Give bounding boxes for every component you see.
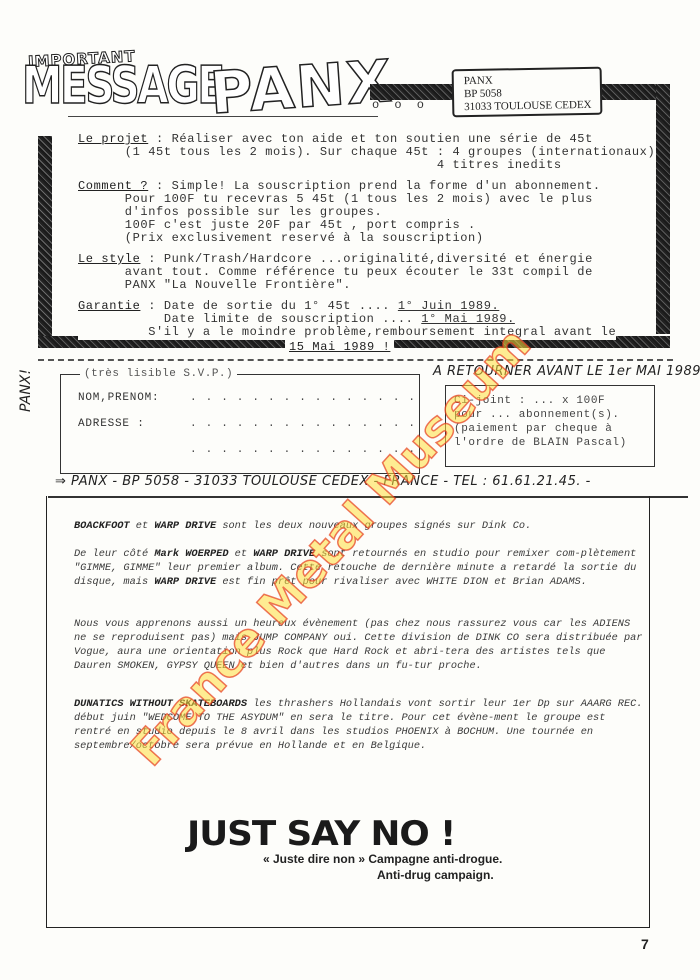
garantie-line-3: S'il y a le moindre problème,rembourseme… <box>78 326 616 340</box>
address-burst: PANX BP 5058 31033 TOULOUSE CEDEX <box>452 67 603 118</box>
news-paragraph-1: BOACKFOOT et WARP DRIVE sont les deux no… <box>74 519 644 533</box>
payment-box: Ci-joint : ... x 100Fpour ... abonnement… <box>445 385 655 467</box>
style-line-3: PANX "La Nouvelle Frontière". <box>78 279 351 293</box>
page-number: 7 <box>641 936 649 952</box>
frame-left-border <box>38 136 52 346</box>
comment-label: Comment ? <box>78 179 148 193</box>
name-field[interactable]: ............... <box>190 392 424 404</box>
panx-logo: PANX <box>208 52 395 123</box>
address-label: ADRESSE : <box>78 418 145 430</box>
name-label: NOM,PRENOM: <box>78 392 159 404</box>
projet-line-3: 4 titres inedits <box>78 159 562 173</box>
refund-date: 15 Mai 1989 ! <box>285 340 394 354</box>
panx-side-tag: PANX! <box>18 369 34 412</box>
ad-subtitle-en: Anti-drug campaign. <box>377 868 494 882</box>
just-say-no-headline: JUST SAY NO ! <box>187 814 455 854</box>
projet-label: Le projet <box>78 132 148 146</box>
return-deadline-note: A RETOURNER AVANT LE 1er MAI 1989 ! <box>433 364 700 379</box>
news-paragraph-2: De leur côté Mark WOERPED et WARP DRIVE … <box>74 547 644 589</box>
address-field[interactable]: ............... <box>190 418 424 430</box>
news-paragraph-4: DUNATICS WITHOUT SKATEBOARDS les thrashe… <box>74 697 644 753</box>
ad-subtitle-fr: « Juste dire non » Campagne anti-drogue. <box>263 852 502 866</box>
ellipsis-dots: o o o <box>372 98 428 112</box>
frame-right-border <box>656 84 670 334</box>
garantie-label: Garantie <box>78 299 140 313</box>
address-line: 31033 TOULOUSE CEDEX <box>464 99 590 114</box>
coupon-legend: (très lisible S.V.P.) <box>80 368 237 380</box>
comment-line-5: (Prix exclusivement reservé à la souscri… <box>78 232 484 246</box>
deadline-date: 1° Mai 1989. <box>421 312 515 326</box>
news-paragraph-3: Nous vous apprenons aussi un heureux évè… <box>74 617 644 673</box>
style-label: Le style <box>78 252 140 266</box>
release-date: 1° Juin 1989. <box>398 299 499 313</box>
handwritten-address: ⇒ PANX - BP 5058 - 31033 TOULOUSE CEDEX … <box>55 474 591 489</box>
message-title: MESSAGE <box>22 60 223 112</box>
address-field-2[interactable]: ............... <box>190 444 424 456</box>
title-underline <box>68 116 378 117</box>
cut-line <box>38 359 673 361</box>
